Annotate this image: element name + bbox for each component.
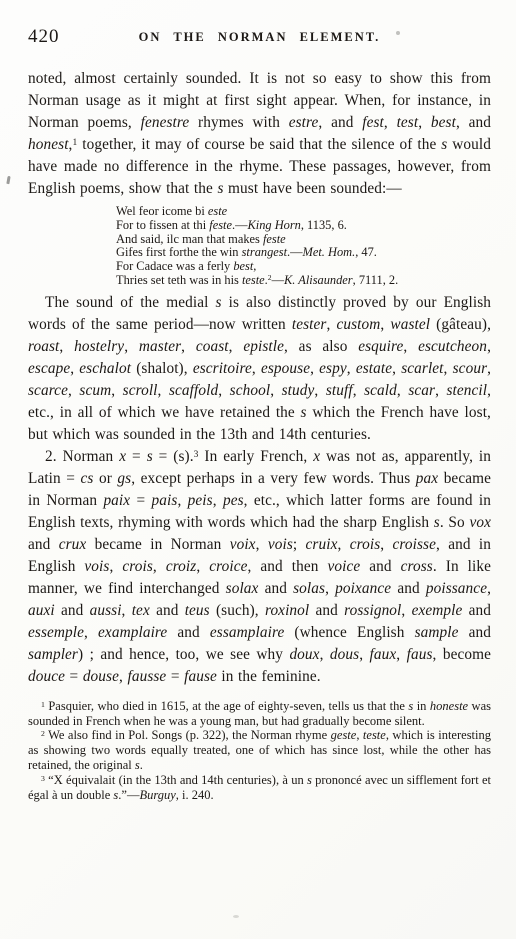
verse-line-5: For Cadace was a ferly best, <box>116 260 491 274</box>
footnote-2: 2 We also find in Pol. Songs (p. 322), t… <box>28 728 491 772</box>
footnote-3: 3 “X équivalait (in the 13th and 14th ce… <box>28 773 491 803</box>
footnote-1: 1 Pasquier, who died in 1615, at the age… <box>28 699 491 729</box>
verse-quote-block: Wel feor icome bi este For to fissen at … <box>116 205 491 288</box>
verse-line-2: For to fissen at thi feste.—King Horn, 1… <box>116 219 491 233</box>
running-title: ON THE NORMAN ELEMENT. <box>28 30 491 45</box>
verse-line-1: Wel feor icome bi este <box>116 205 491 219</box>
verse-line-4: Gifes first forthe the win strangest.—Me… <box>116 246 491 260</box>
verse-line-3: And said, ilc man that makes feste <box>116 233 491 247</box>
ink-smudge <box>233 915 239 918</box>
book-page: 420 ON THE NORMAN ELEMENT. noted, almost… <box>0 0 516 939</box>
footnotes-section: 1 Pasquier, who died in 1615, at the age… <box>28 699 491 803</box>
ink-speck <box>396 31 400 35</box>
page-body: noted, almost certainly sounded. It is n… <box>28 68 491 688</box>
body-paragraph-3: 2. Norman x = s = (s).3 In early French,… <box>28 446 491 688</box>
page-content: 420 ON THE NORMAN ELEMENT. noted, almost… <box>0 0 516 802</box>
verse-line-6: Thries set teth was in his teste.2—K. Al… <box>116 274 491 288</box>
page-header: 420 ON THE NORMAN ELEMENT. <box>28 26 491 48</box>
body-paragraph-1: noted, almost certainly sounded. It is n… <box>28 68 491 200</box>
body-paragraph-2: The sound of the medial s is also distin… <box>28 292 491 446</box>
